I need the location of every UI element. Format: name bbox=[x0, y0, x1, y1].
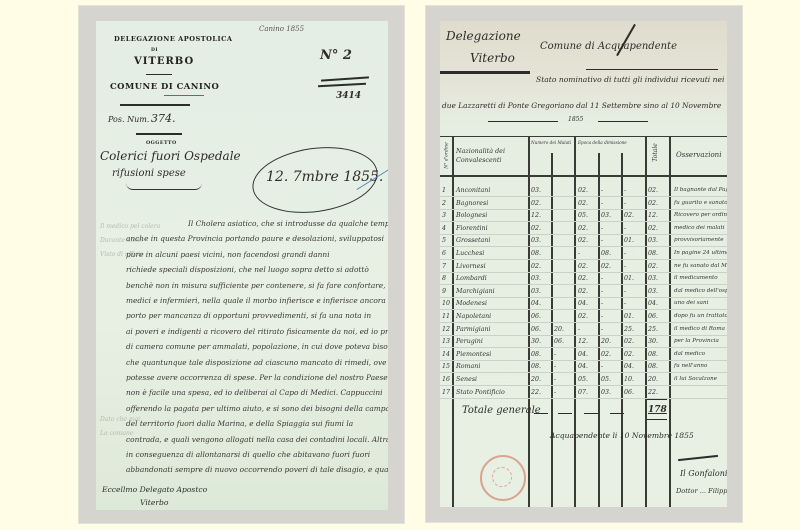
header-year: 1855 bbox=[568, 116, 583, 123]
protocol-label: Pos. Num. bbox=[108, 115, 149, 124]
letter-body-line: di camera comune per ammalati, popolazio… bbox=[126, 341, 388, 353]
row-cell: 22. bbox=[648, 389, 658, 396]
row-cell: 20. bbox=[648, 376, 658, 383]
row-cell: 25. bbox=[648, 326, 658, 333]
header-comune: Comune di Acquapendente bbox=[540, 41, 677, 52]
row-cell: 6 bbox=[442, 250, 446, 257]
subject-bracket-flourish bbox=[126, 183, 202, 190]
row-cell: 14 bbox=[442, 351, 450, 358]
row-cell: 02. bbox=[578, 275, 588, 282]
row-cell: 08. bbox=[648, 250, 658, 257]
letter-body-line: del territorio fuori dalla Marina, e del… bbox=[126, 418, 353, 430]
grand-total-top-rule bbox=[647, 399, 667, 400]
row-cell: 01. bbox=[624, 313, 634, 320]
row-cell: 02. bbox=[624, 212, 634, 219]
table-row-rule bbox=[440, 234, 727, 235]
row-remark: il lui Socalzone bbox=[674, 376, 717, 382]
row-cell: 9 bbox=[442, 288, 446, 295]
row-cell: 02. bbox=[648, 187, 658, 194]
row-cell: 03. bbox=[648, 275, 658, 282]
row-cell: 02. bbox=[578, 237, 588, 244]
row-cell: 02. bbox=[601, 351, 611, 358]
row-cell: 25. bbox=[624, 326, 634, 333]
row-cell: 03. bbox=[531, 275, 541, 282]
table-row-rule bbox=[440, 209, 727, 210]
row-cell: 02. bbox=[624, 351, 634, 358]
row-cell: - bbox=[601, 363, 603, 370]
letterhead-ornament bbox=[146, 74, 172, 75]
table-row-rule bbox=[440, 297, 727, 298]
signature-title: Il Gonfaloniere bbox=[680, 469, 727, 478]
seal-stamp bbox=[480, 455, 526, 501]
row-cell: 8 bbox=[442, 275, 446, 282]
row-remark: Il bagnante dal Pagano bbox=[674, 187, 727, 193]
col-divider bbox=[598, 153, 600, 507]
row-cell: 05. bbox=[578, 212, 588, 219]
letter-body-line: ai poveri e indigenti a ricovero del rit… bbox=[126, 326, 388, 338]
table-top-rule bbox=[440, 136, 727, 137]
row-cell: 02. bbox=[624, 338, 634, 345]
row-cell: 3 bbox=[442, 212, 446, 219]
row-remark: fu guarito e sanato bbox=[674, 200, 727, 206]
total-dash bbox=[610, 413, 624, 414]
table-row-rule bbox=[440, 360, 727, 361]
grand-total-bottom-rule bbox=[647, 419, 667, 420]
row-cell: 2 bbox=[442, 200, 446, 207]
row-cell: 06. bbox=[624, 389, 634, 396]
row-cell: 16 bbox=[442, 376, 450, 383]
table-row-rule bbox=[440, 347, 727, 348]
right-document-paper: Delegazione Viterbo Comune di Acquapende… bbox=[440, 21, 727, 507]
row-cell: 4 bbox=[442, 225, 446, 232]
row-cell: - bbox=[601, 326, 603, 333]
row-cell: 15 bbox=[442, 363, 450, 370]
letter-body-line: benchè non in misura sufficiente per con… bbox=[126, 280, 385, 292]
row-cell: 05. bbox=[578, 376, 588, 383]
row-cell: 02. bbox=[601, 263, 611, 270]
total-label: Totale generale bbox=[462, 405, 541, 416]
row-cell: 02. bbox=[578, 225, 588, 232]
row-cell: - bbox=[601, 237, 603, 244]
top-right-mark: N° 2 bbox=[320, 48, 352, 63]
row-nationality: Senesi bbox=[456, 376, 477, 383]
row-cell: 02. bbox=[578, 200, 588, 207]
row-cell: 20. bbox=[554, 326, 564, 333]
row-cell: 12. bbox=[648, 212, 658, 219]
row-cell: - bbox=[624, 200, 626, 207]
signature-line1: Eccellmo Delegato Apostco bbox=[102, 485, 207, 494]
letter-body-line: anche in questa Provincia portando paure… bbox=[126, 233, 384, 245]
row-remark: uno dei sani bbox=[674, 300, 708, 306]
table-row-rule bbox=[440, 196, 727, 197]
row-cell: 12. bbox=[578, 338, 588, 345]
row-cell: 08. bbox=[648, 363, 658, 370]
letter-body-line: Il Cholera asiatico, che si introdusse d… bbox=[188, 218, 388, 230]
row-nationality: Romani bbox=[456, 363, 480, 370]
col-header-group2: Epoca della dimissione bbox=[578, 140, 627, 145]
row-cell: 04. bbox=[578, 300, 588, 307]
row-remark: dal medico dell'ospedale bbox=[674, 288, 727, 294]
table-header-rule bbox=[440, 175, 727, 177]
subject-line2: rifusioni spese bbox=[112, 168, 186, 179]
grand-total: 178 bbox=[648, 405, 667, 415]
table-row-rule bbox=[440, 259, 727, 260]
row-remark: Ricovero per ordini bbox=[674, 212, 727, 218]
row-cell: 04. bbox=[578, 363, 588, 370]
row-cell: 03. bbox=[601, 212, 611, 219]
row-cell: - bbox=[624, 187, 626, 194]
row-cell: 02. bbox=[531, 200, 541, 207]
row-cell: 03. bbox=[648, 288, 658, 295]
letter-body-line: medici e infermieri, nella quale il morb… bbox=[126, 295, 386, 307]
table-row-rule bbox=[440, 309, 727, 310]
subject-line1: Colerici fuori Ospedale bbox=[100, 149, 241, 163]
col-divider bbox=[621, 153, 623, 507]
row-cell: 5 bbox=[442, 237, 446, 244]
row-cell: 04. bbox=[531, 300, 541, 307]
row-cell: 02. bbox=[578, 263, 588, 270]
letter-body-line: offerendo la pagata per ultimo aiuto, e … bbox=[126, 403, 388, 415]
row-cell: 17 bbox=[442, 389, 450, 396]
total-dash bbox=[534, 413, 548, 414]
row-cell: - bbox=[601, 300, 603, 307]
letterhead-line2: DI bbox=[151, 48, 158, 53]
letterhead-comune: COMUNE DI CANINO bbox=[110, 81, 219, 91]
row-cell: - bbox=[578, 326, 580, 333]
row-cell: - bbox=[624, 263, 626, 270]
row-cell: 02. bbox=[578, 288, 588, 295]
row-nationality: Livornesi bbox=[456, 263, 486, 270]
letter-body-line: che quantunque tale disposizione ad cias… bbox=[126, 357, 387, 369]
top-right-number: 3414 bbox=[336, 91, 361, 101]
row-cell: 03. bbox=[648, 237, 658, 244]
row-cell: 01. bbox=[624, 237, 634, 244]
row-cell: 08. bbox=[531, 363, 541, 370]
row-cell: - bbox=[601, 313, 603, 320]
row-remark: il medico di Roma bbox=[674, 326, 725, 332]
seal-stamp-inner bbox=[492, 467, 512, 487]
row-nationality: Lombardi bbox=[456, 275, 487, 282]
table-row-rule bbox=[440, 246, 727, 247]
canino-red-underline bbox=[164, 95, 204, 96]
row-nationality: Perugini bbox=[456, 338, 483, 345]
row-cell: 22. bbox=[531, 389, 541, 396]
col-header-num: N° d'ordine bbox=[445, 142, 450, 168]
row-cell: - bbox=[601, 288, 603, 295]
footer-place-date: Acquapendente li 10 Novembre 1855 bbox=[550, 431, 694, 440]
left-document-paper: DELEGAZIONE APOSTOLICA DI VITERBO COMUNE… bbox=[96, 21, 388, 510]
row-cell: 10. bbox=[624, 376, 634, 383]
row-cell: 02. bbox=[531, 225, 541, 232]
row-nationality: Fiorentini bbox=[456, 225, 488, 232]
row-cell: - bbox=[601, 187, 603, 194]
table-row-rule bbox=[440, 385, 727, 386]
row-nationality: Lucchesi bbox=[456, 250, 484, 257]
row-cell: 03. bbox=[531, 288, 541, 295]
protocol-divider bbox=[136, 133, 182, 135]
row-nationality: Bolognesi bbox=[456, 212, 487, 219]
table-row-rule bbox=[440, 372, 727, 373]
top-note: Canino 1855 bbox=[259, 25, 304, 33]
signature-name: Dottor ... Filippo bbox=[676, 487, 727, 495]
table-row-rule bbox=[440, 284, 727, 285]
letter-body-line: abbandonati sempre di nuovo occorrendo p… bbox=[126, 464, 388, 476]
row-cell: 06. bbox=[648, 313, 658, 320]
col-divider bbox=[551, 153, 553, 507]
row-cell: 06. bbox=[554, 338, 564, 345]
letter-body-line: potesse avere occorrenza di spese. Per l… bbox=[126, 372, 388, 384]
row-cell: 12. bbox=[531, 212, 541, 219]
row-remark: per la Provincia bbox=[674, 338, 719, 344]
header-delegazione: Delegazione bbox=[446, 29, 521, 43]
col-header-group1: Numero dei Malati bbox=[531, 140, 571, 145]
row-cell: - bbox=[578, 250, 580, 257]
row-cell: 02. bbox=[648, 200, 658, 207]
letter-body-line: in conseguenza di allontanarsi di quello… bbox=[126, 449, 370, 461]
row-cell: 06. bbox=[531, 326, 541, 333]
letter-body-line: non è facile una spesa, ed io deliberai … bbox=[126, 387, 383, 399]
header-stato: Stato nominativo di tutti gli individui … bbox=[536, 75, 724, 84]
row-cell: - bbox=[601, 225, 603, 232]
row-cell: 04. bbox=[624, 363, 634, 370]
row-cell: - bbox=[601, 200, 603, 207]
row-cell: 01. bbox=[624, 275, 634, 282]
top-right-rule2 bbox=[318, 83, 366, 87]
row-nationality: Modenesi bbox=[456, 300, 487, 307]
total-dash bbox=[558, 413, 572, 414]
row-cell: 13 bbox=[442, 338, 450, 345]
row-cell: - bbox=[601, 275, 603, 282]
row-remark: ne fu sanato dal Medico bbox=[674, 263, 727, 269]
row-cell: 20. bbox=[531, 376, 541, 383]
row-cell: 07. bbox=[578, 389, 588, 396]
letterhead-line1: DELEGAZIONE APOSTOLICA bbox=[114, 35, 232, 43]
row-cell: 04. bbox=[578, 351, 588, 358]
row-remark: provvisoriamente bbox=[674, 237, 724, 243]
row-cell: 11 bbox=[442, 313, 450, 320]
row-nationality: Marchigiani bbox=[456, 288, 495, 295]
col-header-total: Totale bbox=[652, 143, 659, 162]
row-cell: 08. bbox=[531, 351, 541, 358]
row-remark: medico dei malati bbox=[674, 225, 725, 231]
top-right-rule1 bbox=[321, 76, 369, 81]
row-cell: 12 bbox=[442, 326, 450, 333]
row-cell: 02. bbox=[531, 263, 541, 270]
col-header-name: Nazionalità dei Convalescenti bbox=[456, 147, 526, 165]
row-nationality: Anconitani bbox=[456, 187, 490, 194]
row-nationality: Grossetani bbox=[456, 237, 490, 244]
row-remark: In pagine 24 ultime bbox=[674, 250, 727, 256]
row-cell: - bbox=[554, 351, 556, 358]
row-cell: 04. bbox=[648, 300, 658, 307]
row-cell: 03. bbox=[531, 237, 541, 244]
row-cell: 05. bbox=[601, 376, 611, 383]
row-cell: 08. bbox=[531, 250, 541, 257]
year-rule-right bbox=[598, 121, 648, 122]
protocol-number: 374. bbox=[151, 112, 176, 125]
row-cell: 06. bbox=[531, 313, 541, 320]
letter-body-line: contrada, e quali vengono allogati nella… bbox=[126, 434, 388, 446]
year-rule-left bbox=[488, 121, 558, 122]
row-remark: il medicamento bbox=[674, 275, 718, 281]
row-cell: - bbox=[624, 250, 626, 257]
row-cell: - bbox=[624, 288, 626, 295]
header-period: due Lazzaretti di Ponte Gregoriano dal 1… bbox=[442, 101, 721, 110]
row-cell: 30. bbox=[531, 338, 541, 345]
header-comune-underline bbox=[586, 69, 718, 70]
row-remark: dopo fu un trattato bbox=[674, 313, 727, 319]
letterhead-divider bbox=[120, 104, 190, 106]
header-viterbo: Viterbo bbox=[470, 51, 515, 65]
row-nationality: Parmigiani bbox=[456, 326, 491, 333]
row-cell: - bbox=[554, 376, 556, 383]
col-header-remarks: Osservazioni bbox=[676, 151, 721, 159]
row-cell: - bbox=[554, 363, 556, 370]
row-cell: 1 bbox=[442, 187, 446, 194]
row-cell: 02. bbox=[578, 313, 588, 320]
letterhead-city: VITERBO bbox=[134, 56, 194, 67]
letter-body-line: pure in alcuni paesi vicini, non facendo… bbox=[126, 249, 330, 261]
table-row-rule bbox=[440, 335, 727, 336]
letter-body-line: richiede speciali disposizioni, che nel … bbox=[126, 264, 369, 276]
table-row-rule bbox=[440, 322, 727, 323]
row-nationality: Napoletani bbox=[456, 313, 491, 320]
row-cell: 08. bbox=[648, 351, 658, 358]
bleed-through-text: Il medico pel colera bbox=[100, 223, 160, 230]
header-left-rule bbox=[440, 71, 530, 74]
row-cell: - bbox=[624, 225, 626, 232]
row-cell: 10 bbox=[442, 300, 450, 307]
row-remark: fu nell'anno bbox=[674, 363, 707, 369]
table-row-rule bbox=[440, 272, 727, 273]
letter-body-line: porto per mancanza di opportuni provvedi… bbox=[126, 310, 371, 322]
subject-label: OGGETTO bbox=[146, 140, 177, 146]
row-cell: 03. bbox=[531, 187, 541, 194]
table-row-rule bbox=[440, 221, 727, 222]
table-row-rule bbox=[440, 398, 727, 399]
signature-flourish bbox=[678, 455, 718, 461]
row-nationality: Stato Pontificio bbox=[456, 389, 505, 396]
signature-line2: Viterbo bbox=[140, 498, 168, 507]
row-cell: 03. bbox=[601, 389, 611, 396]
row-cell: - bbox=[624, 300, 626, 307]
row-cell: 30. bbox=[648, 338, 658, 345]
row-cell: - bbox=[554, 389, 556, 396]
row-remark: dal medico bbox=[674, 351, 705, 357]
row-nationality: Bagnoresi bbox=[456, 200, 488, 207]
row-nationality: Piemontesi bbox=[456, 351, 491, 358]
row-cell: 02. bbox=[648, 225, 658, 232]
row-cell: 02. bbox=[648, 263, 658, 270]
row-cell: 7 bbox=[442, 263, 446, 270]
row-cell: 02. bbox=[578, 187, 588, 194]
row-cell: 08. bbox=[601, 250, 611, 257]
row-cell: 20. bbox=[601, 338, 611, 345]
total-dash bbox=[584, 413, 598, 414]
